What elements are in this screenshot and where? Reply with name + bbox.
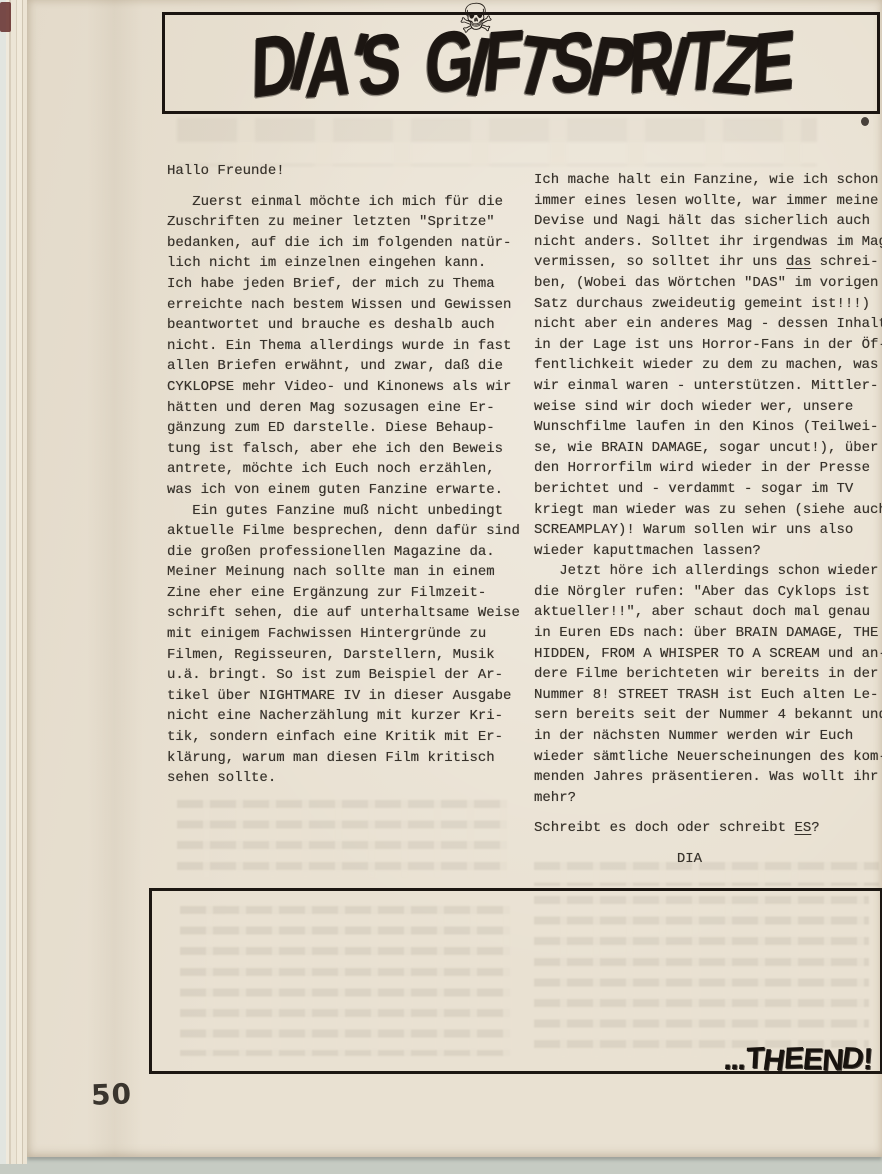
- bleedthrough-under-banner: [177, 118, 817, 166]
- text-line: nicht aber ein anderes Mag - dessen Inha…: [534, 314, 882, 335]
- text-line: [534, 839, 882, 849]
- text-line: was ich von einem guten Fanzine erwarte.: [167, 480, 523, 501]
- text-line: gänzung zum ED darstelle. Diese Behaup-: [167, 418, 523, 439]
- text-line: sern bereits seit der Nummer 4 bekannt u…: [534, 705, 882, 726]
- text-line: in der nächsten Nummer werden wir Euch: [534, 726, 882, 747]
- text-line: wieder sämtliche Neuerscheinungen des ko…: [534, 747, 882, 768]
- text-line: tik, sondern einfach eine Kritik mit Er-: [167, 727, 523, 748]
- text-line: u.ä. bringt. So ist zum Beispiel der Ar-: [167, 665, 523, 686]
- text-line: tung ist falsch, aber ehe ich den Beweis: [167, 439, 523, 460]
- text-line: [534, 808, 882, 818]
- text-line: ben, (Wobei das Wörtchen "DAS" im vorige…: [534, 273, 882, 294]
- text-line: nicht. Ein Thema allerdings wurde in fas…: [167, 336, 523, 357]
- text-line: Meiner Meinung nach sollte man in einem: [167, 562, 523, 583]
- text-line: Satz durchaus zweideutig gemeint ist!!!): [534, 294, 882, 315]
- hand-letter: E: [801, 1045, 823, 1075]
- text-line: Wunschfilme laufen in den Kinos (Teilwei…: [534, 417, 882, 438]
- banner-word-giftspritze: GIFTSPRITZE: [425, 33, 791, 96]
- bleedthrough-box-left: [180, 906, 510, 1056]
- skull-icon: ☠: [457, 0, 496, 40]
- text-line: nicht eine Nacherzählung mit kurzer Kri-: [167, 706, 523, 727]
- text-line: vermissen, so solltet ihr uns das schrei…: [534, 252, 882, 273]
- underlined-word: ES: [794, 820, 811, 836]
- text-line: in Euren EDs nach: über BRAIN DAMAGE, TH…: [534, 623, 882, 644]
- hand-letter: H: [761, 1046, 786, 1077]
- text-line: DIA: [534, 849, 882, 870]
- paper-fold-shadow: [87, 0, 142, 1157]
- hand-letter: D: [840, 1044, 865, 1075]
- text-line: Zine eher eine Ergänzung zur Filmzeit-: [167, 583, 523, 604]
- text-line: tikel über NIGHTMARE IV in dieser Ausgab…: [167, 686, 523, 707]
- text-line: Devise und Nagi hält das sicherlich auch: [534, 211, 882, 232]
- text-line: Jetzt höre ich allerdings schon wieder: [534, 561, 882, 582]
- text-line: fentlichkeit wieder zu dem zu machen, wa…: [534, 355, 882, 376]
- scan-artifact-mark: [0, 2, 11, 32]
- text-line: kriegt man wieder was zu sehen (siehe au…: [534, 500, 882, 521]
- text-line: Ich mache halt ein Fanzine, wie ich scho…: [534, 170, 882, 191]
- text-line: aktueller!!", aber schaut doch mal genau: [534, 602, 882, 623]
- text-line: immer eines lesen wollte, war immer mein…: [534, 191, 882, 212]
- bleedthrough-left-bottom: [177, 800, 507, 878]
- book-page-edges: [0, 0, 27, 1164]
- scan-dot-artifact: [861, 117, 869, 126]
- page-number: 50: [90, 1077, 132, 1111]
- text-line: berichtet und - verdammt - sogar im TV: [534, 479, 882, 500]
- text-line: allen Briefen erwähnt, und zwar, daß die: [167, 356, 523, 377]
- text-line: nicht anders. Solltet ihr irgendwas im M…: [534, 232, 882, 253]
- text-line: Ein gutes Fanzine muß nicht unbedingt: [167, 501, 523, 522]
- text-line: [167, 182, 523, 192]
- scanned-fanzine-page: ☠ DIA'S GIFTSPRITZE Hallo Freunde! Zuers…: [0, 0, 882, 1174]
- text-line: menden Jahres präsentieren. Was wollt ih…: [534, 767, 882, 788]
- text-line: wir einmal waren - unterstützen. Mittler…: [534, 376, 882, 397]
- text-line: Ich habe jeden Brief, der mich zu Thema: [167, 274, 523, 295]
- text-line: die großen professionellen Magazine da.: [167, 542, 523, 563]
- text-line: se, wie BRAIN DAMAGE, sogar uncut!), übe…: [534, 438, 882, 459]
- hand-letter: !: [862, 1045, 873, 1076]
- hand-letter: E: [783, 1044, 804, 1075]
- text-line: Zuerst einmal möchte ich mich für die: [167, 192, 523, 213]
- text-line: Filmen, Regisseuren, Darstellern, Musik: [167, 645, 523, 666]
- text-line: beantwortet und brauche es deshalb auch: [167, 315, 523, 336]
- text-line: Hallo Freunde!: [167, 161, 523, 182]
- text-line: erreichte nach bestem Wissen und Gewisse…: [167, 295, 523, 316]
- text-line: Nummer 8! STREET TRASH ist Euch alten Le…: [534, 685, 882, 706]
- text-line: HIDDEN, FROM A WHISPER TO A SCREAM und a…: [534, 644, 882, 665]
- text-line: dere Filme berichteten wir bereits in de…: [534, 664, 882, 685]
- text-line: mit einigem Fachwissen Hintergründe zu: [167, 624, 523, 645]
- right-text-column: Ich mache halt ein Fanzine, wie ich scho…: [534, 170, 882, 870]
- text-line: weise sind wir doch wieder wer, unsere: [534, 397, 882, 418]
- banner-word-dias: DIA'S: [251, 33, 397, 96]
- text-line: den Horrorfilm wird wieder in der Presse: [534, 458, 882, 479]
- hand-letter: E: [750, 18, 792, 106]
- left-text-column: Hallo Freunde! Zuerst einmal möchte ich …: [167, 161, 523, 789]
- paper: ☠ DIA'S GIFTSPRITZE Hallo Freunde! Zuers…: [27, 0, 882, 1157]
- text-line: schrift sehen, die auf unterhaltsame Wei…: [167, 603, 523, 624]
- text-line: die Nörgler rufen: "Aber das Cyklops ist: [534, 582, 882, 603]
- text-line: hätten und deren Mag sozusagen eine Er-: [167, 398, 523, 419]
- text-line: antrete, möchte ich Euch noch erzählen,: [167, 459, 523, 480]
- text-line: aktuelle Filme besprechen, denn dafür si…: [167, 521, 523, 542]
- bleedthrough-box-right: [534, 896, 869, 1058]
- text-line: SCREAMPLAY)! Warum sollen wir uns also: [534, 520, 882, 541]
- text-line: in der Lage ist uns Horror-Fans in der Ö…: [534, 335, 882, 356]
- text-line: bedanken, auf die ich im folgenden natür…: [167, 233, 523, 254]
- end-box: ...THE END!: [149, 888, 882, 1074]
- underlined-word: das: [786, 254, 811, 270]
- text-line: mehr?: [534, 788, 882, 809]
- text-line: Schreibt es doch oder schreibt ES?: [534, 818, 882, 839]
- text-line: Zuschriften zu meiner letzten "Spritze": [167, 212, 523, 233]
- text-line: CYKLOPSE mehr Video- und Kinonews als wi…: [167, 377, 523, 398]
- text-line: wieder kaputtmachen lassen?: [534, 541, 882, 562]
- the-end-label: ...THE END!: [724, 1045, 872, 1075]
- text-line: sehen sollte.: [167, 768, 523, 789]
- text-line: lich nicht im einzelnen eingehen kann.: [167, 253, 523, 274]
- text-line: klärung, warum man diesen Film kritisch: [167, 748, 523, 769]
- title-banner: ☠ DIA'S GIFTSPRITZE: [162, 12, 880, 114]
- hand-letter: S: [357, 21, 399, 109]
